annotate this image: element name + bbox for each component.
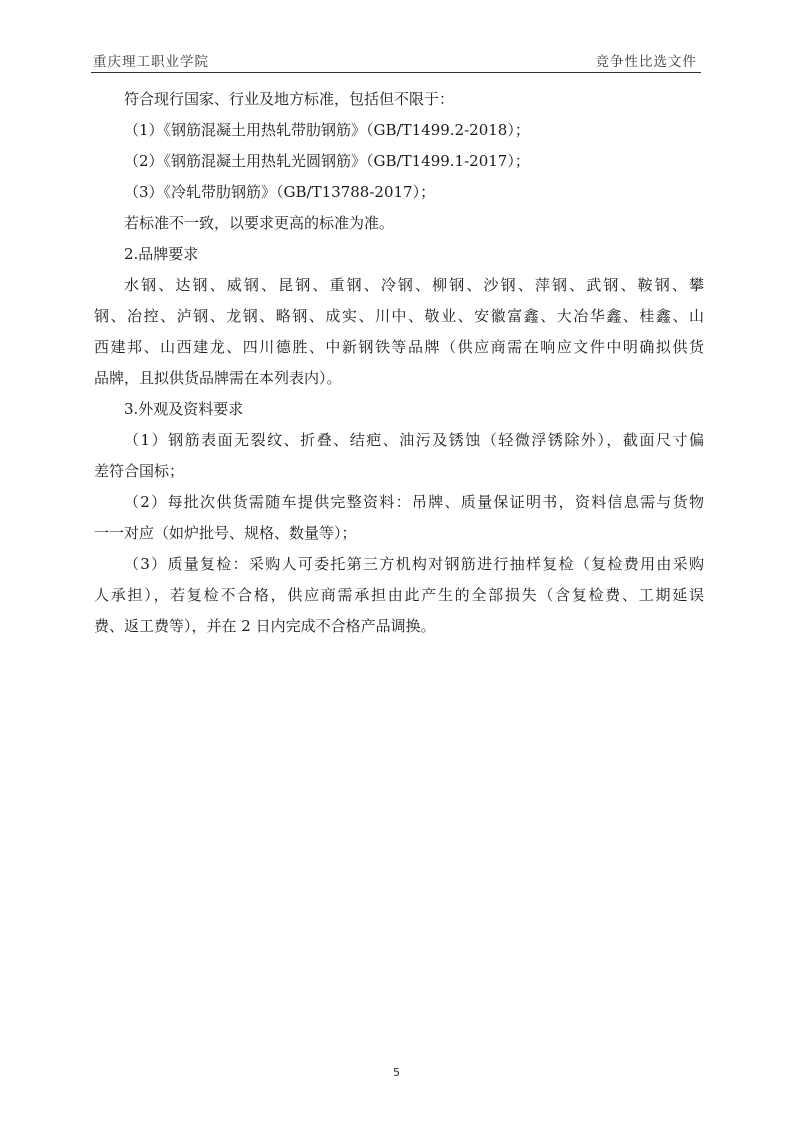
text-line: 钢、冶控、泸钢、龙钢、略钢、成实、川中、敬业、安徽富鑫、大冶华鑫、桂鑫、山 [94, 301, 704, 332]
page-number: 5 [0, 1066, 793, 1079]
text-line: 西建邦、山西建龙、四川德胜、中新钢铁等品牌（供应商需在响应文件中明确拟供货 [94, 332, 704, 363]
text-line: （3）质量复检：采购人可委托第三方机构对钢筋进行抽样复检（复检费用由采购 [94, 549, 704, 580]
text-line: 2.品牌要求 [94, 239, 704, 270]
document-type: 竞争性比选文件 [596, 50, 698, 70]
text-line: 人承担），若复检不合格，供应商需承担由此产生的全部损失（含复检费、工期延误 [94, 580, 704, 611]
text-line: （1）钢筋表面无裂纹、折叠、结疤、油污及锈蚀（轻微浮锈除外），截面尺寸偏 [94, 425, 704, 456]
text-line: 3.外观及资料要求 [94, 394, 704, 425]
text-line: 费、返工费等），并在 2 日内完成不合格产品调换。 [94, 611, 704, 642]
text-line: （3）《冷轧带肋钢筋》（GB/T13788-2017）； [94, 177, 704, 208]
text-line: （2）《钢筋混凝土用热轧光圆钢筋》（GB/T1499.1-2017）； [94, 146, 704, 177]
text-line: 若标准不一致，以要求更高的标准为准。 [94, 208, 704, 239]
institution-name: 重庆理工职业学院 [93, 50, 209, 70]
text-line: （2）每批次供货需随车提供完整资料：吊牌、质量保证明书，资料信息需与货物 [94, 487, 704, 518]
text-line: 符合现行国家、行业及地方标准，包括但不限于： [94, 84, 704, 115]
text-line: 差符合国标； [94, 456, 704, 487]
text-line: 品牌，且拟供货品牌需在本列表内）。 [94, 363, 704, 394]
text-line: 水钢、达钢、威钢、昆钢、重钢、冷钢、柳钢、沙钢、萍钢、武钢、鞍钢、攀 [94, 270, 704, 301]
text-line: 一一对应（如炉批号、规格、数量等）； [94, 518, 704, 549]
document-body: 符合现行国家、行业及地方标准，包括但不限于：（1）《钢筋混凝土用热轧带肋钢筋》（… [94, 84, 704, 642]
text-line: （1）《钢筋混凝土用热轧带肋钢筋》（GB/T1499.2-2018）； [94, 115, 704, 146]
page-header: 重庆理工职业学院 竞争性比选文件 [91, 46, 701, 73]
